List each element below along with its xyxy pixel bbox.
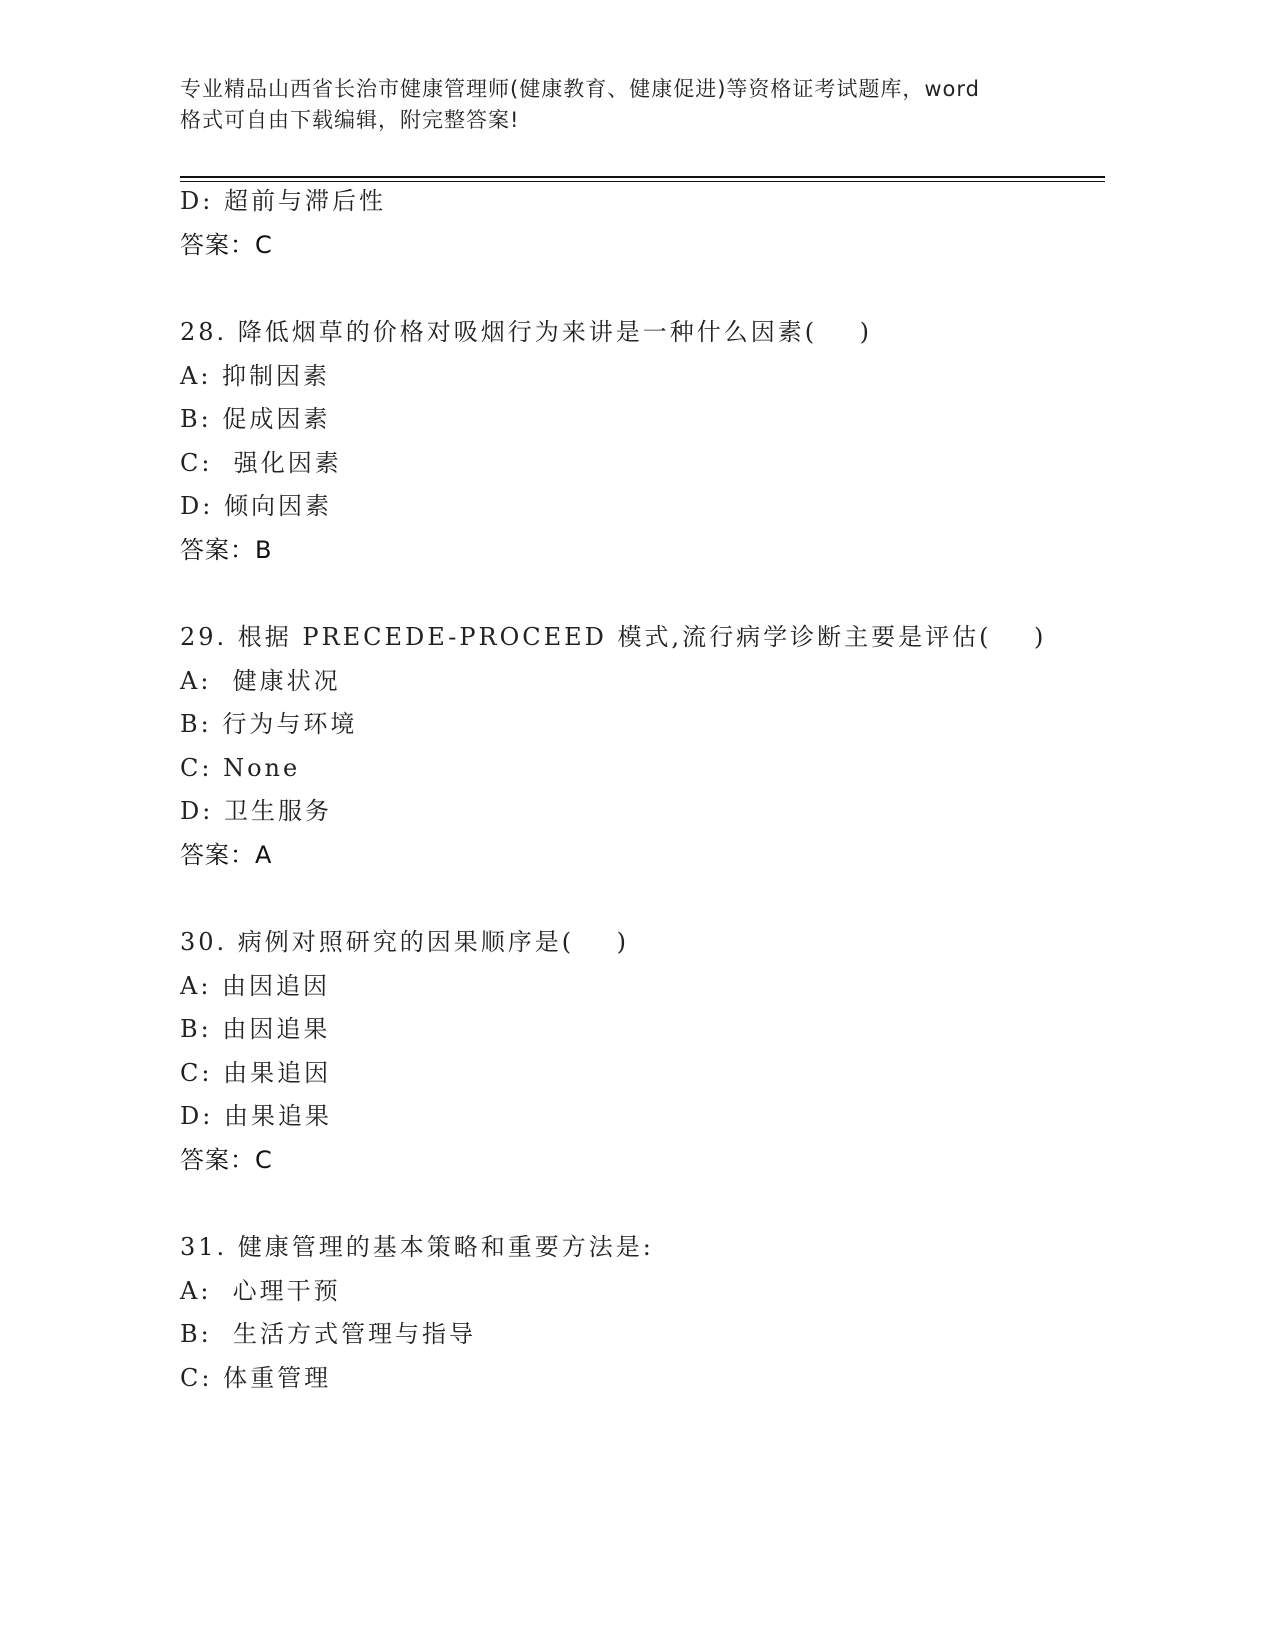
option-c-q29: C: None [180,753,300,783]
option-d-q27: D: 超前与滞后性 [180,186,386,216]
option-b-q28: B: 促成因素 [180,404,330,434]
option-b-q31: B: 生活方式管理与指导 [180,1319,476,1349]
header-divider-thin [180,181,1105,182]
option-a-q29: A: 健康状况 [180,666,341,696]
question-stem-30: 30. 病例对照研究的因果顺序是( ) [180,927,629,957]
answer-q28: 答案：B [180,535,272,565]
option-a-q30: A: 由因追因 [180,971,330,1001]
document-page: 专业精品山西省长治市健康管理师(健康教育、健康促进)等资格证考试题库，word … [0,0,1275,1650]
question-stem-28: 28. 降低烟草的价格对吸烟行为来讲是一种什么因素( ) [180,317,872,347]
answer-q27: 答案：C [180,230,273,260]
option-c-q31: C: 体重管理 [180,1363,331,1393]
option-d-q30: D: 由果追果 [180,1101,332,1131]
option-d-q29: D: 卫生服务 [180,796,332,826]
answer-q30: 答案：C [180,1145,273,1175]
answer-q29: 答案：A [180,840,272,870]
question-stem-29: 29. 根据 PRECEDE-PROCEED 模式,流行病学诊断主要是评估( ) [180,622,1046,652]
option-c-q30: C: 由果追因 [180,1058,331,1088]
option-b-q29: B: 行为与环境 [180,709,357,739]
option-a-q28: A: 抑制因素 [180,361,330,391]
header-line-1: 专业精品山西省长治市健康管理师(健康教育、健康促进)等资格证考试题库，word [180,74,1060,105]
header-divider-thick [180,176,1105,178]
question-stem-31: 31. 健康管理的基本策略和重要方法是: [180,1232,654,1262]
option-d-q28: D: 倾向因素 [180,491,332,521]
document-header: 专业精品山西省长治市健康管理师(健康教育、健康促进)等资格证考试题库，word … [180,74,1060,136]
option-c-q28: C: 强化因素 [180,448,342,478]
header-line-2: 格式可自由下载编辑，附完整答案! [180,105,1060,136]
option-b-q30: B: 由因追果 [180,1014,330,1044]
option-a-q31: A: 心理干预 [180,1276,341,1306]
